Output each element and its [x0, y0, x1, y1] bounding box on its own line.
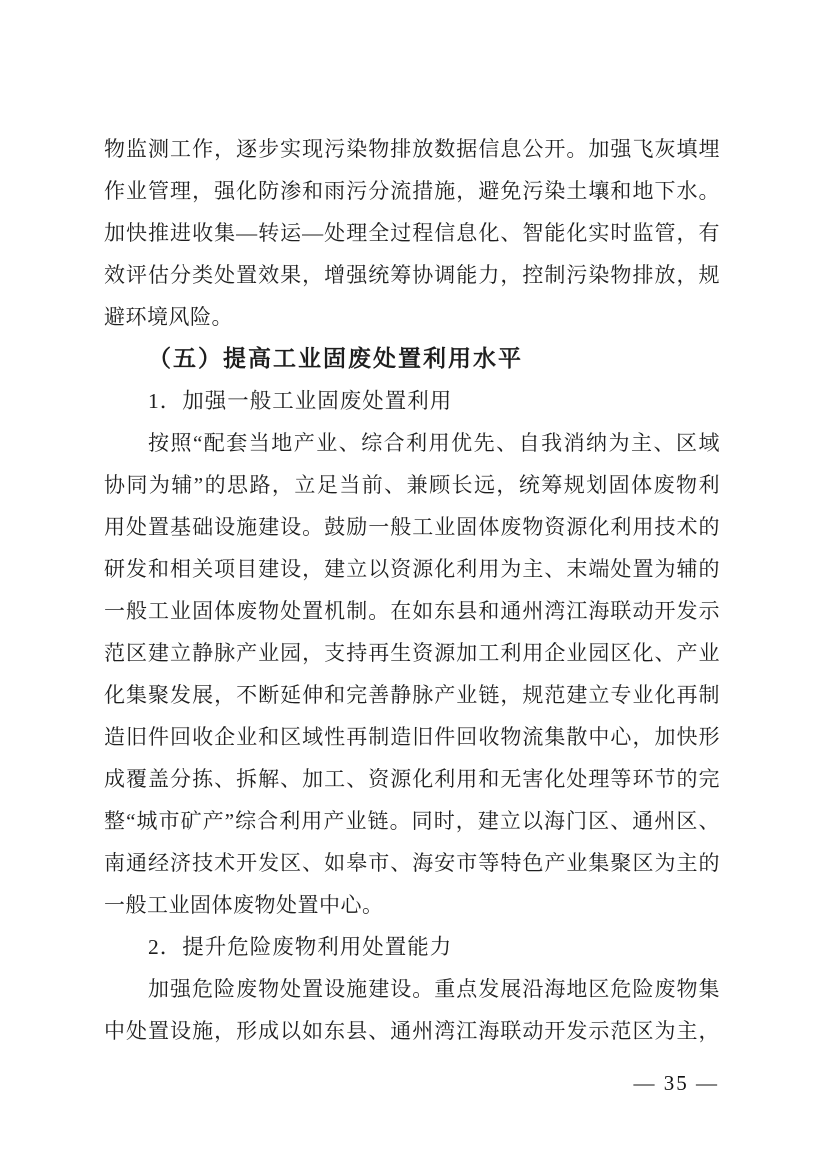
paragraph-line: 避环境风险。: [104, 296, 720, 338]
paragraph-line: 效评估分类处置效果，增强统筹协调能力，控制污染物排放，规: [104, 254, 720, 296]
paragraph-line: 用处置基础设施建设。鼓励一般工业固体废物资源化利用技术的: [104, 506, 720, 548]
paragraph-line: 化集聚发展，不断延伸和完善静脉产业链，规范建立专业化再制: [104, 674, 720, 716]
paragraph-line: 加强危险废物处置设施建设。重点发展沿海地区危险废物集: [104, 968, 720, 1010]
paragraph-line: 范区建立静脉产业园，支持再生资源加工利用企业园区化、产业: [104, 632, 720, 674]
paragraph-line: 物监测工作，逐步实现污染物排放数据信息公开。加强飞灰填埋: [104, 128, 720, 170]
paragraph-line: 成覆盖分拣、拆解、加工、资源化利用和无害化处理等环节的完: [104, 758, 720, 800]
paragraph-line: 加快推进收集—转运—处理全过程信息化、智能化实时监管，有: [104, 212, 720, 254]
paragraph-line: 协同为辅”的思路，立足当前、兼顾长远，统筹规划固体废物利: [104, 464, 720, 506]
paragraph-line: 中处置设施，形成以如东县、通州湾江海联动开发示范区为主，: [104, 1010, 720, 1052]
subsection-heading: 2．提升危险废物利用处置能力: [104, 926, 720, 968]
page-number: — 35 —: [634, 1068, 720, 1098]
paragraph-line: 造旧件回收企业和区域性再制造旧件回收物流集散中心，加快形: [104, 716, 720, 758]
paragraph-line: 一般工业固体废物处置机制。在如东县和通州湾江海联动开发示: [104, 590, 720, 632]
section-heading: （五）提高工业固废处置利用水平: [104, 338, 720, 380]
document-body: 物监测工作，逐步实现污染物排放数据信息公开。加强飞灰填埋 作业管理，强化防渗和雨…: [104, 128, 720, 1052]
paragraph-line: 按照“配套当地产业、综合利用优先、自我消纳为主、区域: [104, 422, 720, 464]
paragraph-line: 一般工业固体废物处置中心。: [104, 884, 720, 926]
paragraph-line: 南通经济技术开发区、如皋市、海安市等特色产业集聚区为主的: [104, 842, 720, 884]
paragraph-line: 研发和相关项目建设，建立以资源化利用为主、末端处置为辅的: [104, 548, 720, 590]
paragraph-line: 整“城市矿产”综合利用产业链。同时，建立以海门区、通州区、: [104, 800, 720, 842]
document-page: 物监测工作，逐步实现污染物排放数据信息公开。加强飞灰填埋 作业管理，强化防渗和雨…: [0, 0, 826, 1169]
paragraph-line: 作业管理，强化防渗和雨污分流措施，避免污染土壤和地下水。: [104, 170, 720, 212]
subsection-heading: 1．加强一般工业固废处置利用: [104, 380, 720, 422]
